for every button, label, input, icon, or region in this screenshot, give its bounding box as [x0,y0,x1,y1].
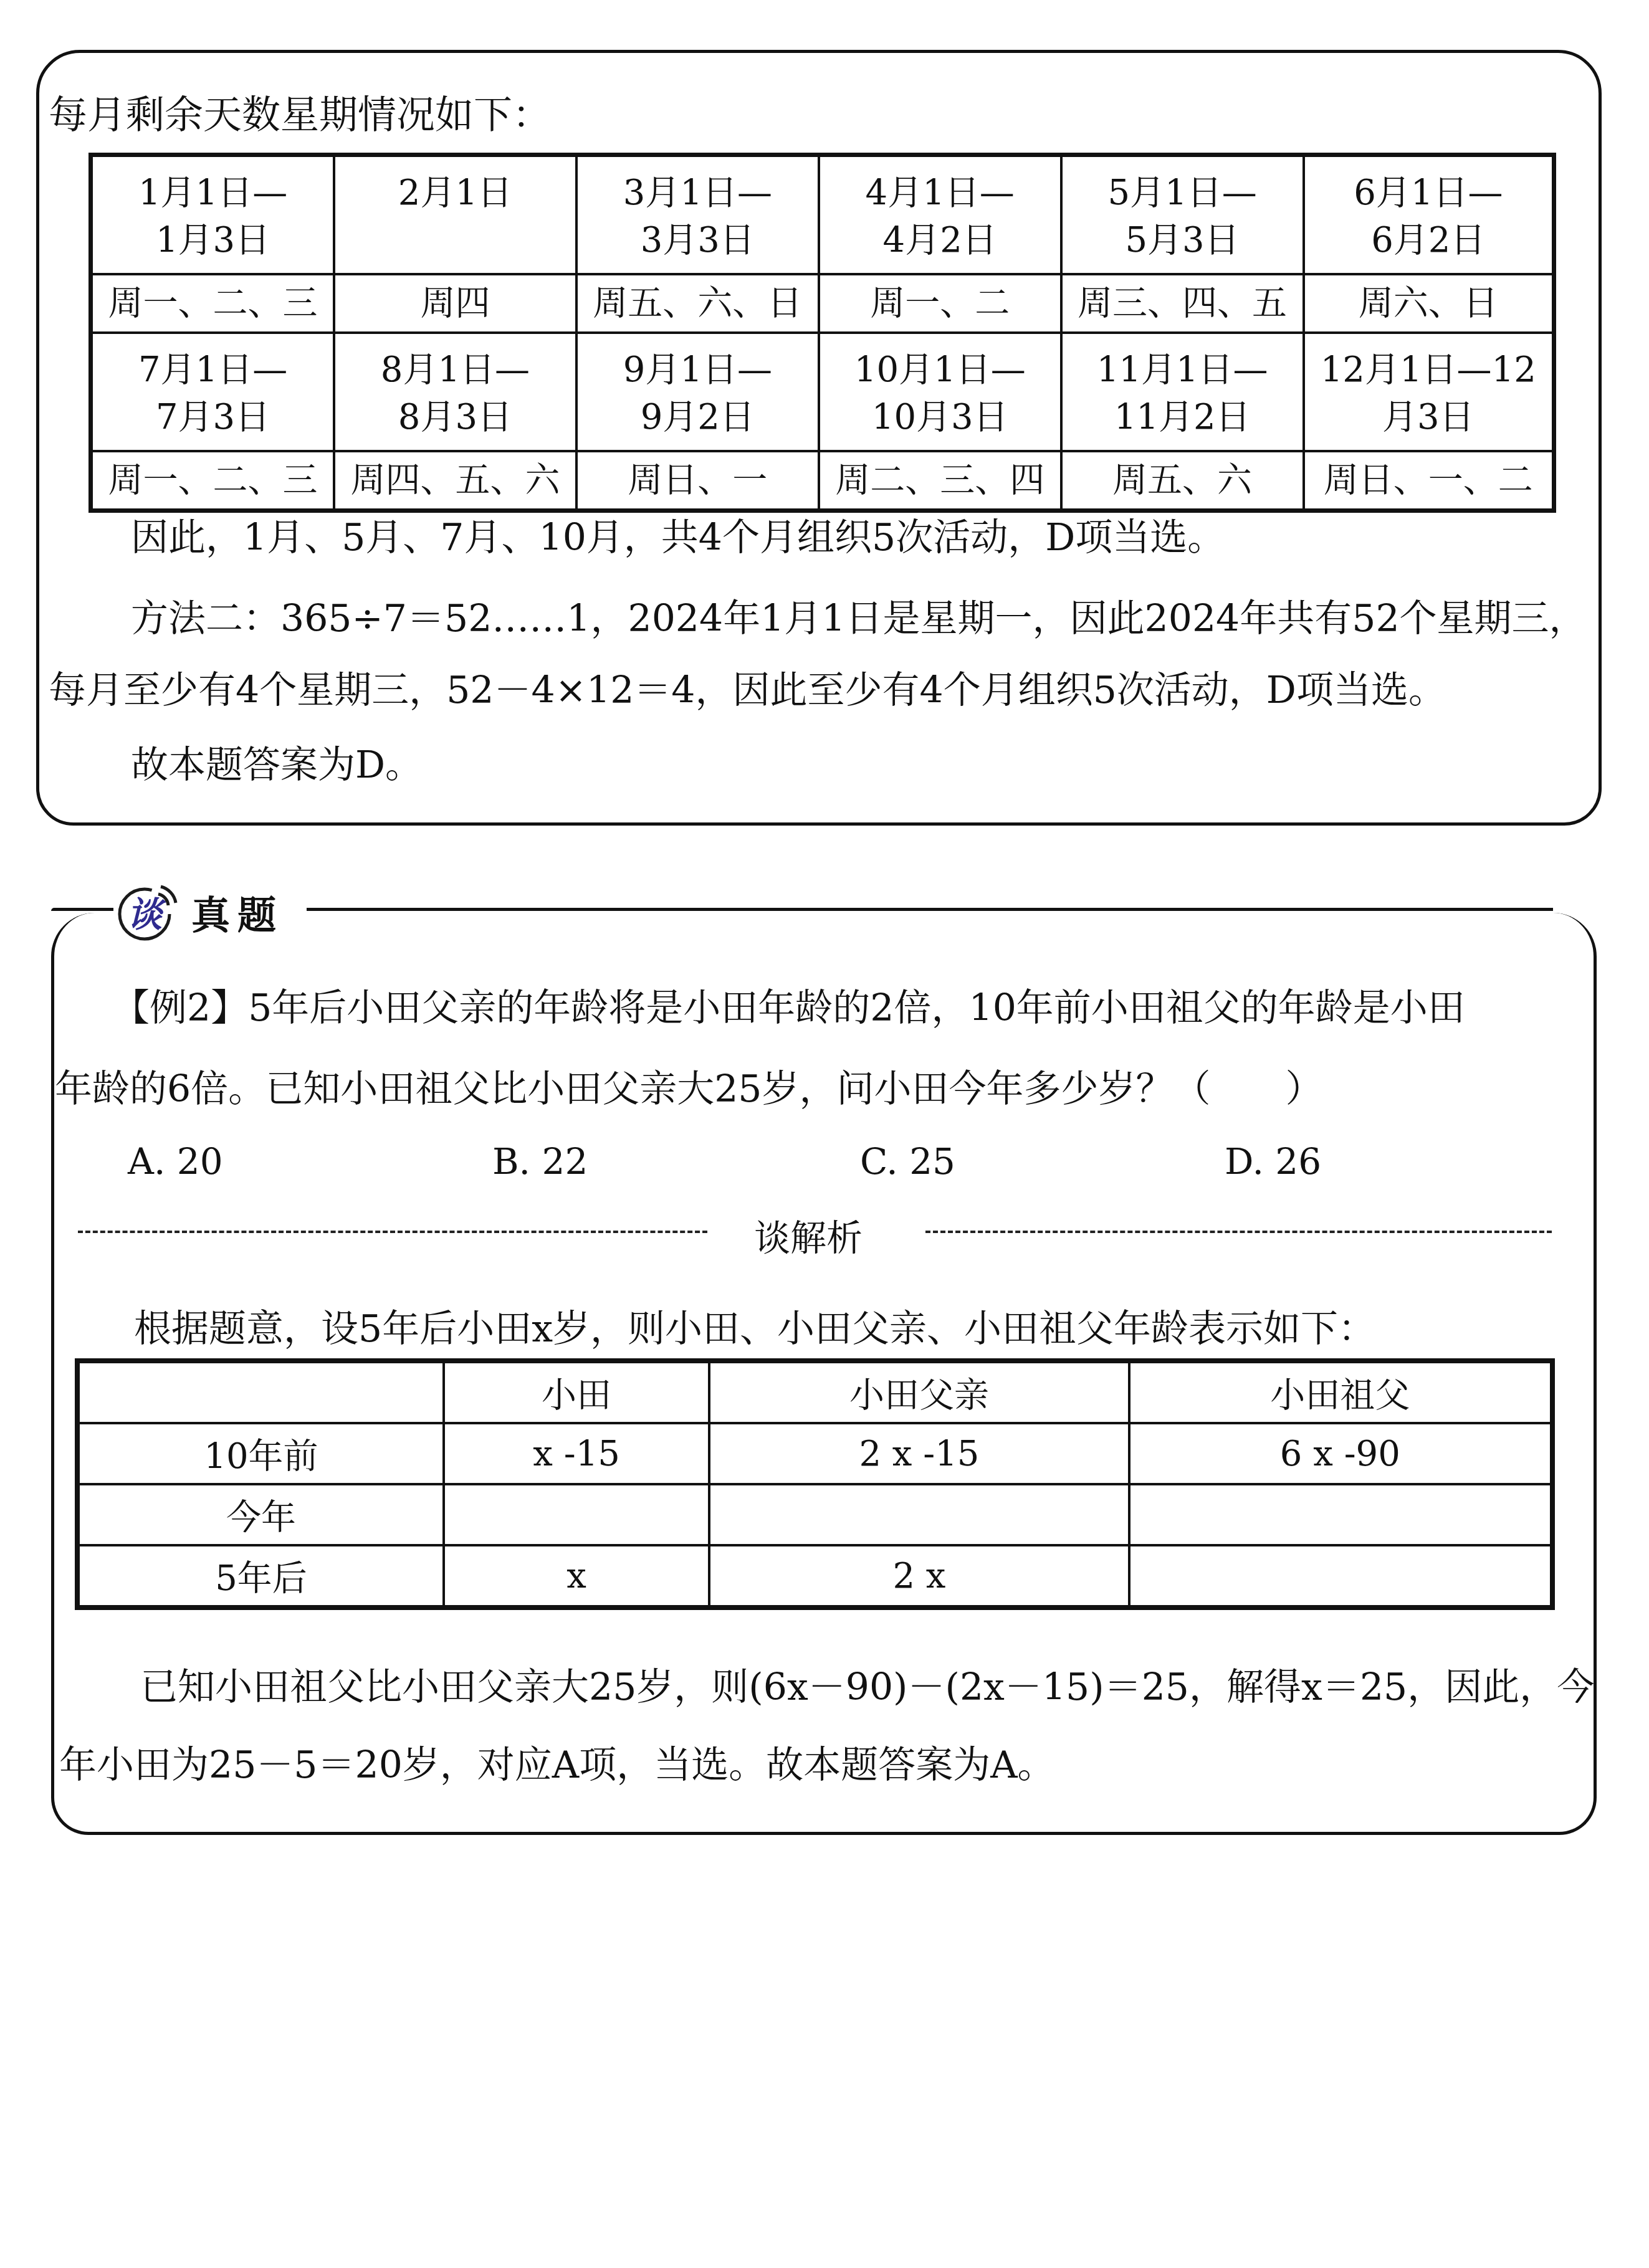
calendar-weekday-cell: 周日、一、二 [1304,451,1554,511]
age-table-cell: x [444,1545,709,1608]
calendar-date-cell: 11月1日— 11月2日 [1061,333,1304,451]
calendar-weekday-cell: 周六、日 [1304,274,1554,333]
question-line2: 年龄的6倍。已知小田祖父比小田父亲大25岁，问小田今年多少岁？（ ） [55,1059,1323,1113]
age-table-cell: 6 x -90 [1129,1423,1552,1484]
method2-line1: 方法二：365÷7＝52……1，2024年1月1日是星期一，因此2024年共有5… [131,589,1587,642]
calendar-weekday-cell: 周二、三、四 [819,451,1061,511]
age-table-cell: 2 x -15 [709,1423,1129,1484]
analysis-intro: 根据题意，设5年后小田x岁，则小田、小田父亲、小田祖父年龄表示如下： [134,1299,1375,1353]
calendar-weekday-cell: 周四 [334,274,576,333]
calendar-weekday-cell: 周一、二、三 [91,274,335,333]
analysis-divider-left [78,1231,707,1233]
calendar-weekday-row: 周一、二、三周四周五、六、日周一、二周三、四、五周六、日 [91,274,1554,333]
age-table-row: 今年 [77,1484,1552,1545]
calendar-date-cell: 3月1日— 3月3日 [576,155,819,275]
age-table-header-row: 小田小田父亲小田祖父 [77,1361,1552,1423]
calendar-date-row: 1月1日— 1月3日2月1日3月1日— 3月3日4月1日— 4月2日5月1日— … [91,155,1554,275]
analysis-divider-right [925,1231,1552,1233]
calendar-date-cell: 4月1日— 4月2日 [819,155,1061,275]
age-table-cell [709,1484,1129,1545]
age-table-header-cell: 小田祖父 [1129,1361,1552,1423]
calendar-date-cell: 10月1日— 10月3日 [819,333,1061,451]
age-table-header-cell: 小田父亲 [709,1361,1129,1423]
age-table-cell [1129,1545,1552,1608]
calendar-date-cell: 1月1日— 1月3日 [91,155,335,275]
calendar-weekday-row: 周一、二、三周四、五、六周日、一周二、三、四周五、六周日、一、二 [91,451,1554,511]
calendar-date-cell: 12月1日—12 月3日 [1304,333,1554,451]
age-table-header-cell: 小田 [444,1361,709,1423]
age-table-cell: 2 x [709,1545,1129,1608]
header-rule-left [51,908,113,911]
calendar-weekday-cell: 周五、六 [1061,451,1304,511]
age-table-cell: x -15 [444,1423,709,1484]
monthly-remaining-days-table: 1月1日— 1月3日2月1日3月1日— 3月3日4月1日— 4月2日5月1日— … [88,153,1556,513]
calendar-date-cell: 8月1日— 8月3日 [334,333,576,451]
calendar-intro: 每月剩余天数星期情况如下： [49,84,551,140]
calendar-weekday-cell: 周一、二 [819,274,1061,333]
conclusion-text: 因此，1月、5月、7月、10月，共4个月组织5次活动，D项当选。 [131,508,1225,561]
calendar-date-row: 7月1日— 7月3日8月1日— 8月3日9月1日— 9月2日10月1日— 10月… [91,333,1554,451]
solution-line1: 已知小田祖父比小田父亲大25岁，则(6x－90)－(2x－15)＝25，解得x＝… [140,1657,1594,1711]
age-table-row-label: 10年前 [77,1423,444,1484]
calendar-weekday-cell: 周一、二、三 [91,451,335,511]
header-rule-right [307,908,1553,911]
age-table: 小田小田父亲小田祖父10年前x -152 x -156 x -90今年5年后x2… [75,1358,1555,1610]
calendar-date-cell: 7月1日— 7月3日 [91,333,335,451]
calendar-date-cell: 6月1日— 6月2日 [1304,155,1554,275]
section-title: 真题 [191,885,284,940]
age-table-header-cell [77,1361,444,1423]
calendar-date-cell: 2月1日 [334,155,576,275]
section-header: 谈 真题 [51,869,1597,956]
answer-text: 故本题答案为D。 [131,735,423,789]
calendar-date-cell: 5月1日— 5月3日 [1061,155,1304,275]
analysis-label: 谈解析 [754,1209,863,1261]
age-table-cell [1129,1484,1552,1545]
option-a[interactable]: A. 20 [128,1140,223,1183]
age-table-row-label: 今年 [77,1484,444,1545]
age-table-cell [444,1484,709,1545]
age-table-row: 5年后x2 x [77,1545,1552,1608]
solution-line2: 年小田为25－5＝20岁，对应A项，当选。故本题答案为A。 [59,1735,1055,1789]
calendar-weekday-cell: 周四、五、六 [334,451,576,511]
calendar-date-cell: 9月1日— 9月2日 [576,333,819,451]
calendar-weekday-cell: 周日、一 [576,451,819,511]
method2-line2: 每月至少有4个星期三，52－4×12＝4，因此至少有4个月组织5次活动，D项当选… [49,660,1446,714]
svg-text:谈: 谈 [127,895,166,935]
age-table-row: 10年前x -152 x -156 x -90 [77,1423,1552,1484]
question-line1: 【例2】5年后小田父亲的年龄将是小田年龄的2倍，10年前小田祖父的年龄是小田 [112,978,1465,1032]
option-d[interactable]: D. 26 [1225,1140,1321,1183]
calendar-weekday-cell: 周五、六、日 [576,274,819,333]
tan-logo-icon: 谈 [113,877,181,944]
option-c[interactable]: C. 25 [860,1140,955,1183]
calendar-weekday-cell: 周三、四、五 [1061,274,1304,333]
age-table-row-label: 5年后 [77,1545,444,1608]
option-b[interactable]: B. 22 [492,1140,588,1183]
